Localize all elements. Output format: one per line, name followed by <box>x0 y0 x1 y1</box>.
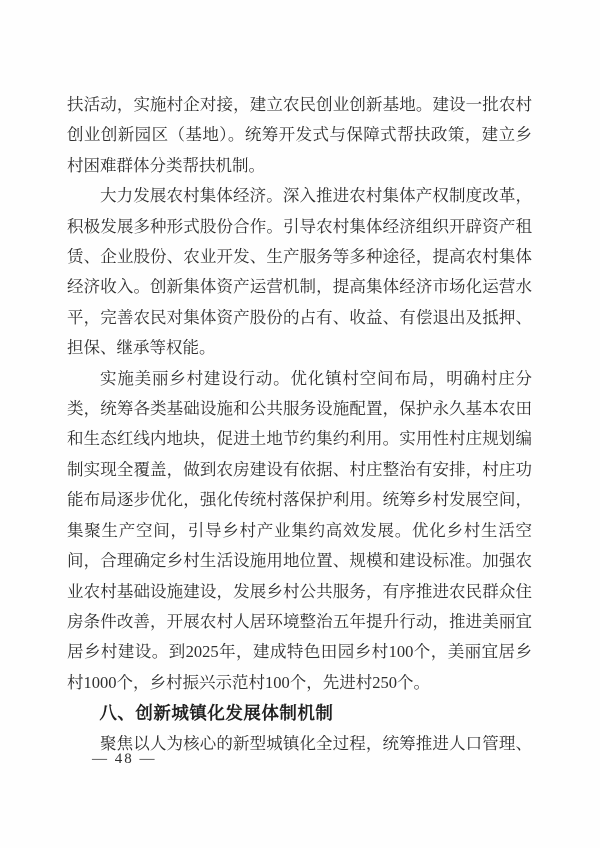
paragraph-collective-economy: 大力发展农村集体经济。深入推进农村集体产权制度改革，积极发展多种形式股份合作。引… <box>67 181 532 363</box>
page-number-footer: — 48 — <box>92 751 157 768</box>
section-heading-urbanization: 八、创新城镇化发展体制机制 <box>67 698 532 728</box>
paragraph-beautiful-villages: 实施美丽乡村建设行动。优化镇村空间布局，明确村庄分类，统筹各类基础设施和公共服务… <box>67 364 532 698</box>
text-block: 扶活动，实施村企对接，建立农民创业创新基地。建设一批农村创业创新园区（基地）。统… <box>67 90 532 759</box>
document-page: 扶活动，实施村企对接，建立农民创业创新基地。建设一批农村创业创新园区（基地）。统… <box>0 0 600 848</box>
paragraph-continuation: 扶活动，实施村企对接，建立农民创业创新基地。建设一批农村创业创新园区（基地）。统… <box>67 90 532 181</box>
